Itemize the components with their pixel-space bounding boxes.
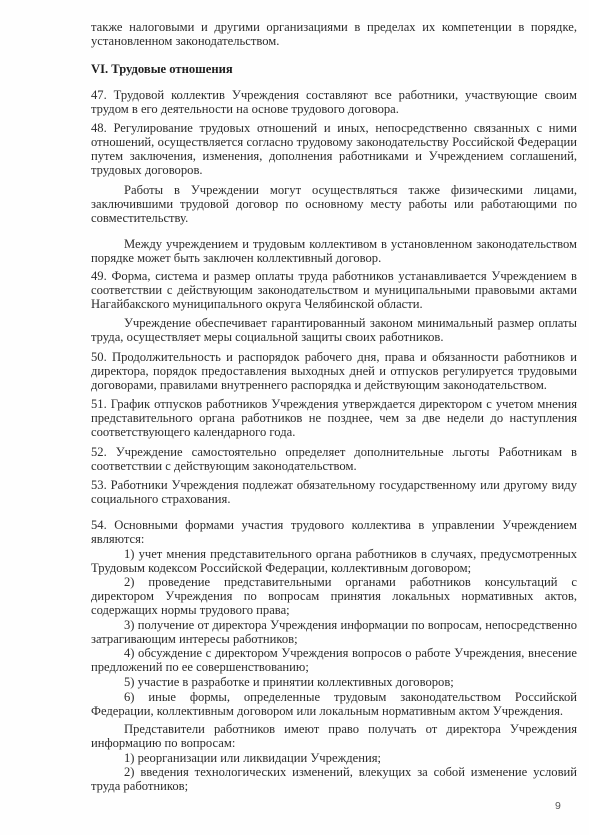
- paragraph-54: 54. Основными формами участия трудового …: [91, 518, 577, 546]
- paragraph-49-minimum-wage: Учреждение обеспечивает гарантированный …: [91, 316, 577, 344]
- representatives-item-2: 2) введения технологических изменений, в…: [91, 765, 577, 793]
- p54-item-1: 1) учет мнения представительного органа …: [91, 547, 577, 575]
- paragraph-47: 47. Трудовой коллектив Учреждения состав…: [91, 88, 577, 116]
- section-heading: VI. Трудовые отношения: [91, 62, 233, 76]
- representatives-intro: Представители работников имеют право пол…: [91, 722, 577, 750]
- paragraph-48: 48. Регулирование трудовых отношений и и…: [91, 121, 577, 177]
- p54-item-6: 6) иные формы, определенные трудовым зак…: [91, 690, 577, 718]
- p54-item-2: 2) проведение представительными органами…: [91, 575, 577, 617]
- paragraph-52: 52. Учреждение самостоятельно определяет…: [91, 445, 577, 473]
- document-page: также налоговыми и другими организациями…: [0, 0, 589, 835]
- intro-continuation: также налоговыми и другими организациями…: [91, 20, 577, 48]
- page-number: 9: [555, 800, 561, 812]
- paragraph-53: 53. Работники Учреждения подлежат обязат…: [91, 478, 577, 506]
- p54-item-4: 4) обсуждение с директором Учреждения во…: [91, 646, 577, 674]
- p54-item-5: 5) участие в разработке и принятии колле…: [91, 675, 577, 689]
- paragraph-51: 51. График отпусков работников Учреждени…: [91, 397, 577, 439]
- representatives-item-1: 1) реорганизации или ликвидации Учрежден…: [91, 751, 577, 765]
- paragraph-48-collective-agreement: Между учреждением и трудовым коллективом…: [91, 237, 577, 265]
- paragraph-48-works: Работы в Учреждении могут осуществляться…: [91, 183, 577, 225]
- paragraph-49: 49. Форма, система и размер оплаты труда…: [91, 269, 577, 311]
- paragraph-50: 50. Продолжительность и распорядок рабоч…: [91, 350, 577, 392]
- p54-item-3: 3) получение от директора Учреждения инф…: [91, 618, 577, 646]
